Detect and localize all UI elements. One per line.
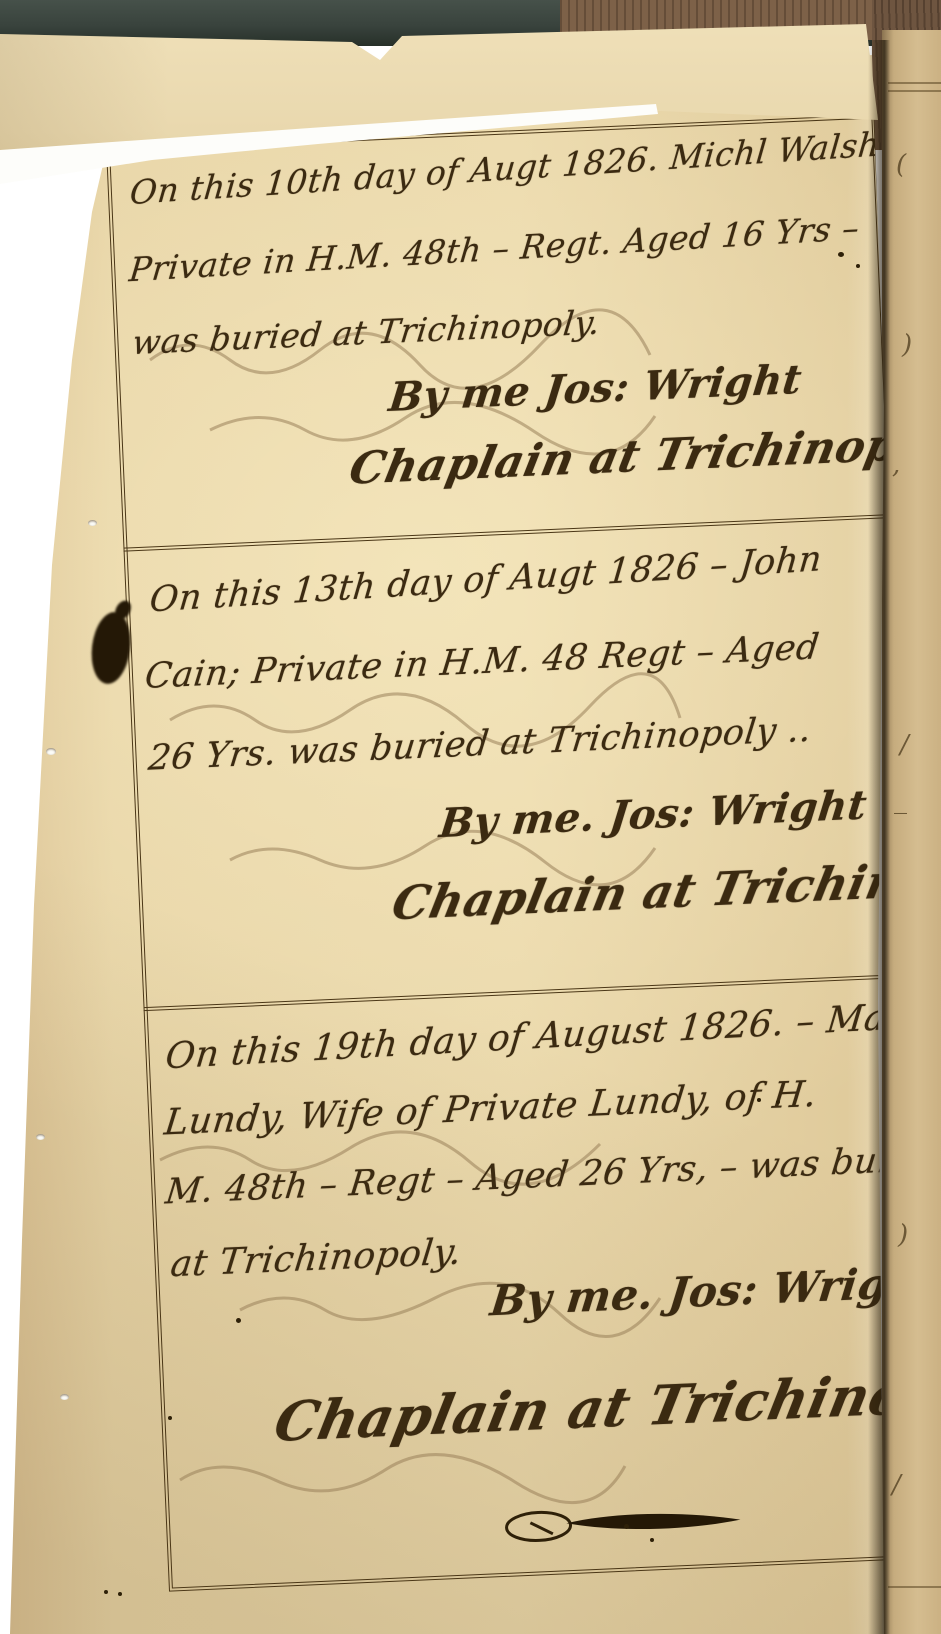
adjacent-page-rule [888, 1586, 941, 1588]
chaplain-signature: Chaplain at Trichinopoly [274, 1357, 941, 1454]
ruled-frame: On this 10th day of Augt 1826. Michl Wal… [106, 114, 937, 1591]
punch-hole [88, 520, 97, 526]
ink-speck [757, 1098, 761, 1102]
adjacent-writing-fragment: / [900, 730, 909, 760]
adjacent-writing-fragment: ‾ [894, 810, 907, 840]
ink-speck [624, 1524, 629, 1529]
adjacent-page-rule [888, 82, 941, 84]
ink-speck [236, 1318, 241, 1323]
page-edge-shadow [868, 40, 890, 1634]
punch-hole [60, 1394, 69, 1400]
record-line: at Trichinopoly. [170, 1232, 463, 1286]
punch-hole [36, 1134, 45, 1140]
officiant-line: By me Jos: Wright [388, 356, 803, 421]
signature-flourish [500, 1491, 802, 1556]
register-photo: ( ) , / ‾ ) / On this 10th day of Augt 1… [0, 0, 941, 1634]
officiant-line: By me. Jos: Wright [439, 781, 868, 847]
adjacent-writing-fragment: ) [902, 330, 912, 360]
adjacent-writing-fragment: , [892, 450, 900, 480]
chaplain-signature: Chaplain at Trichinopoly [349, 417, 941, 495]
record-line: M. 48th – Regt – Aged 26 Yrs, – was buri… [165, 1138, 941, 1212]
record-line: 26 Yrs. was buried at Trichinopoly .. [148, 710, 812, 779]
ink-speck [838, 252, 844, 257]
adjacent-page-rule [888, 90, 941, 92]
adjacent-page: ( ) , / ‾ ) / [882, 30, 941, 1634]
adjacent-writing-fragment: ( [896, 150, 906, 180]
adjacent-writing-fragment: / [892, 1470, 901, 1500]
record-line: Lundy, Wife of Private Lundy, of H. [164, 1074, 818, 1143]
record-line: Private in H.M. 48th – Regt. Aged 16 Yrs… [128, 208, 860, 289]
record-line: On this 19th day of August 1826. – Mary [165, 995, 926, 1077]
record-line: Cain; Private in H.M. 48 Regt – Aged [144, 627, 820, 696]
ink-speck [856, 264, 860, 268]
ink-speck [168, 1416, 172, 1420]
ink-speck [104, 1590, 108, 1594]
record-line: was buried at Trichinopoly. [132, 303, 601, 362]
adjacent-writing-fragment: ) [898, 1220, 908, 1250]
punch-hole [46, 748, 56, 755]
record-line: On this 13th day of Augt 1826 – John [149, 539, 823, 620]
ink-speck [650, 1538, 654, 1542]
punch-hole [52, 416, 62, 423]
ink-speck [118, 1592, 122, 1596]
ink-speck [776, 1100, 780, 1104]
register-page: On this 10th day of Augt 1826. Michl Wal… [0, 0, 941, 1634]
chaplain-signature: Chaplain at Trichinopoly [392, 848, 941, 930]
